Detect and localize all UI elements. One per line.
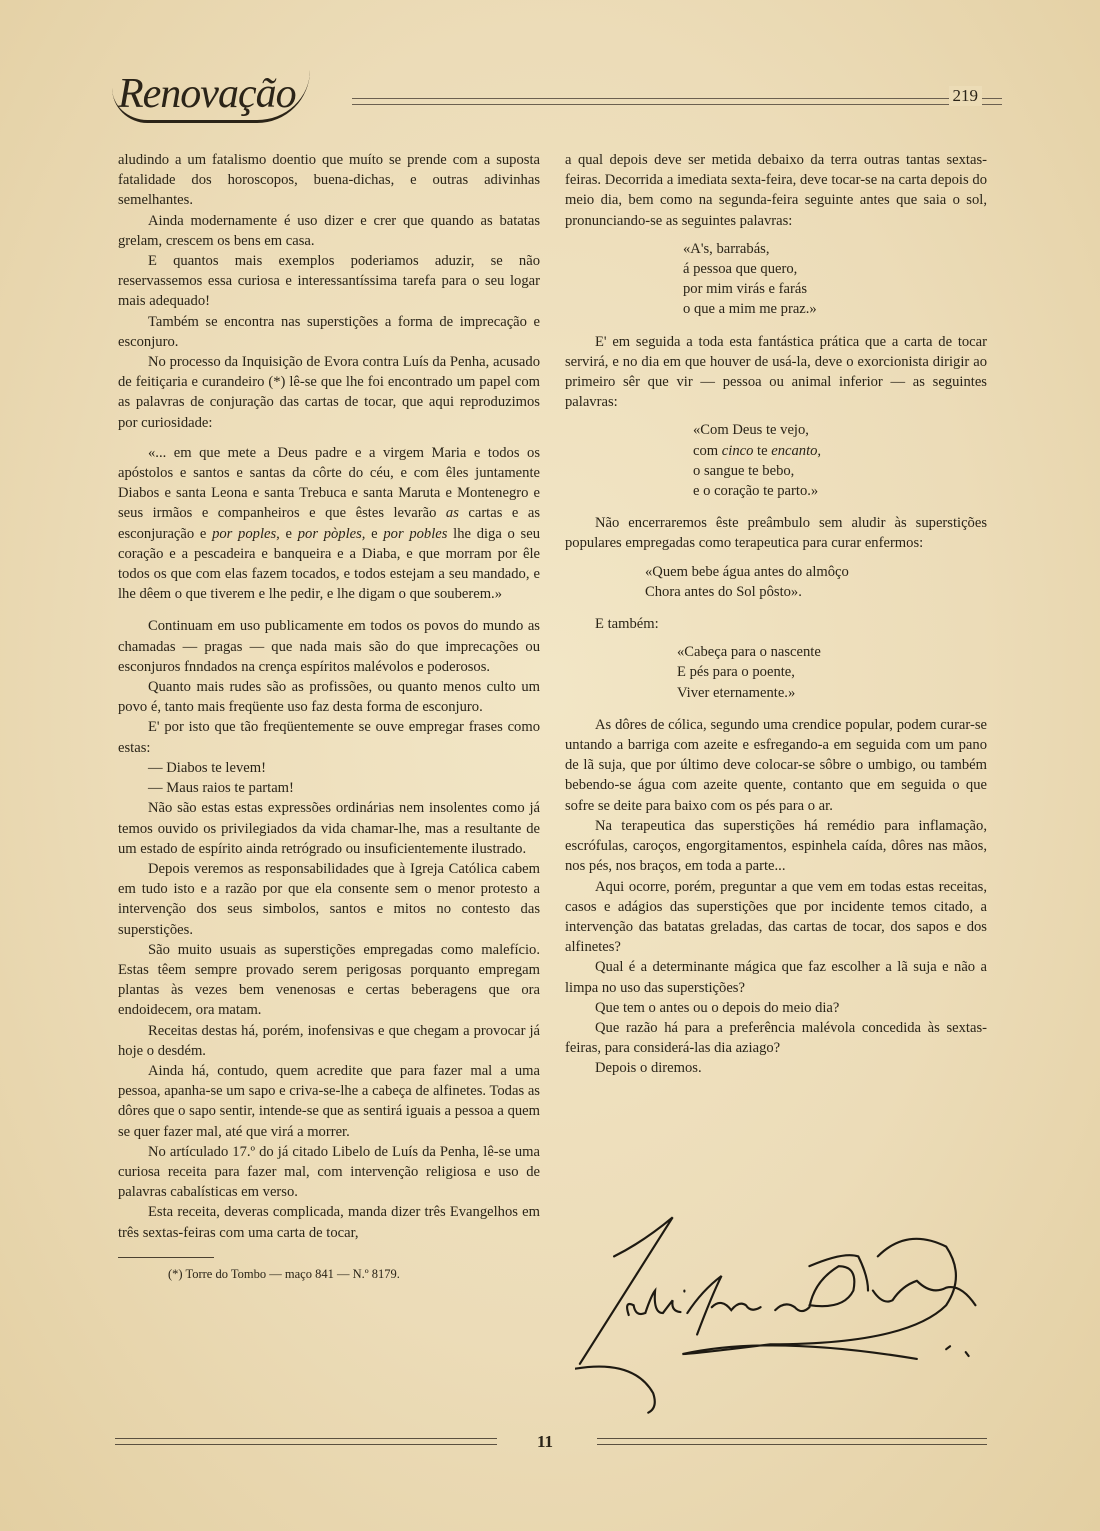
footer-rule-left	[115, 1438, 497, 1445]
paragraph: E' por isto que tão freqüentemente se ou…	[118, 717, 540, 757]
verse-text: com	[693, 443, 722, 459]
sheet-number: 11	[537, 1432, 553, 1452]
left-column: aludindo a um fatalismo doentio que muít…	[118, 150, 540, 1284]
magazine-logo: Renovação	[112, 70, 310, 123]
verse-line: o que a mim me praz.»	[683, 299, 987, 319]
paragraph: Aqui ocorre, porém, preguntar a que vem …	[565, 877, 987, 958]
paragraph: Que tem o antes ou o depois do meio dia?	[565, 998, 987, 1018]
exclamation: — Maus raios te partam!	[118, 778, 540, 798]
verse-com-deus: «Com Deus te vejo, com cinco te encanto,…	[565, 420, 987, 501]
paragraph: Depois o diremos.	[565, 1058, 987, 1078]
verse-line: E pés para o poente,	[677, 662, 987, 682]
verse-text: te	[753, 443, 771, 459]
paragraph: No artículado 17.º do já citado Libelo d…	[118, 1142, 540, 1203]
author-signature: Ladislau Batalha	[575, 1195, 995, 1435]
quote-italic: por poples,	[212, 526, 280, 542]
paragraph: Ainda há, contudo, quem acredite que par…	[118, 1061, 540, 1142]
paragraph: Qual é a determinante mágica que faz esc…	[565, 957, 987, 997]
quote-italic: por pòples,	[298, 526, 366, 542]
verse-line: á pessoa que quero,	[683, 259, 987, 279]
paragraph: Na terapeutica das superstições há reméd…	[565, 816, 987, 877]
verse-line: e o coração te parto.»	[693, 481, 987, 501]
verse-line: Chora antes do Sol pôsto».	[645, 582, 987, 602]
paragraph: Também se encontra nas superstições a fo…	[118, 312, 540, 352]
paragraph: As dôres de cólica, segundo uma crendice…	[565, 715, 987, 816]
verse-line: o sangue te bebo,	[693, 461, 987, 481]
verse-line: Viver eternamente.»	[677, 683, 987, 703]
footer-rule-right	[597, 1438, 987, 1445]
verse-line: «Cabeça para o nascente	[677, 642, 987, 662]
paragraph: Depois veremos as responsabilidades que …	[118, 859, 540, 940]
paragraph: Não são estas estas expressões ordinária…	[118, 798, 540, 859]
paragraph: Que razão há para a preferência malévola…	[565, 1018, 987, 1058]
header-rule-end	[982, 98, 1002, 105]
paragraph: Esta receita, deveras complicada, manda …	[118, 1202, 540, 1242]
verse-line: «A's, barrabás,	[683, 239, 987, 259]
paragraph: No processo da Inquisição de Evora contr…	[118, 352, 540, 433]
quote-text: e	[280, 526, 298, 542]
right-column: a qual depois deve ser metida debaixo da…	[565, 150, 987, 1079]
verse-line: «Quem bebe água antes do almôço	[645, 562, 987, 582]
masthead: Renovação 219	[112, 70, 992, 130]
verse-barrabas: «A's, barrabás, á pessoa que quero, por …	[565, 239, 987, 320]
verse-nascente: «Cabeça para o nascente E pés para o poe…	[565, 642, 987, 703]
paragraph: a qual depois deve ser metida debaixo da…	[565, 150, 987, 231]
paragraph: Ainda modernamente é uso dizer e crer qu…	[118, 211, 540, 251]
paragraph: Não encerraremos êste preâmbulo sem alud…	[565, 513, 987, 553]
header-double-rule	[352, 98, 952, 105]
footnote: (*) Torre do Tombo — maço 841 — N.º 8179…	[118, 1264, 540, 1284]
paragraph: São muito usuais as superstições emprega…	[118, 940, 540, 1021]
quote-italic: por pobles	[383, 526, 447, 542]
footnote-rule	[118, 1257, 214, 1258]
also-label: E também:	[565, 614, 987, 634]
inquisition-quote: «... em que mete a Deus padre e a virgem…	[118, 443, 540, 605]
paragraph: Receitas destas há, porém, inofensivas e…	[118, 1021, 540, 1061]
verse-italic: cinco	[722, 443, 754, 459]
paragraph: Continuam em uso publicamente em todos o…	[118, 616, 540, 677]
paragraph: aludindo a um fatalismo doentio que muít…	[118, 150, 540, 211]
verse-almoco: «Quem bebe água antes do almôço Chora an…	[565, 562, 987, 602]
verse-line: «Com Deus te vejo,	[693, 420, 987, 440]
paragraph: E' em seguida a toda esta fantástica prá…	[565, 332, 987, 413]
paragraph: E quantos mais exemplos poderiamos aduzi…	[118, 251, 540, 312]
verse-line: com cinco te encanto,	[693, 441, 987, 461]
paragraph: Quanto mais rudes são as profissões, ou …	[118, 677, 540, 717]
exclamation: — Diabos te levem!	[118, 758, 540, 778]
page-footer: 11	[115, 1432, 987, 1456]
quote-italic: as	[446, 505, 459, 521]
verse-italic: encanto,	[771, 443, 821, 459]
quote-text: e	[365, 526, 383, 542]
page-number: 219	[949, 86, 983, 106]
verse-line: por mim virás e farás	[683, 279, 987, 299]
